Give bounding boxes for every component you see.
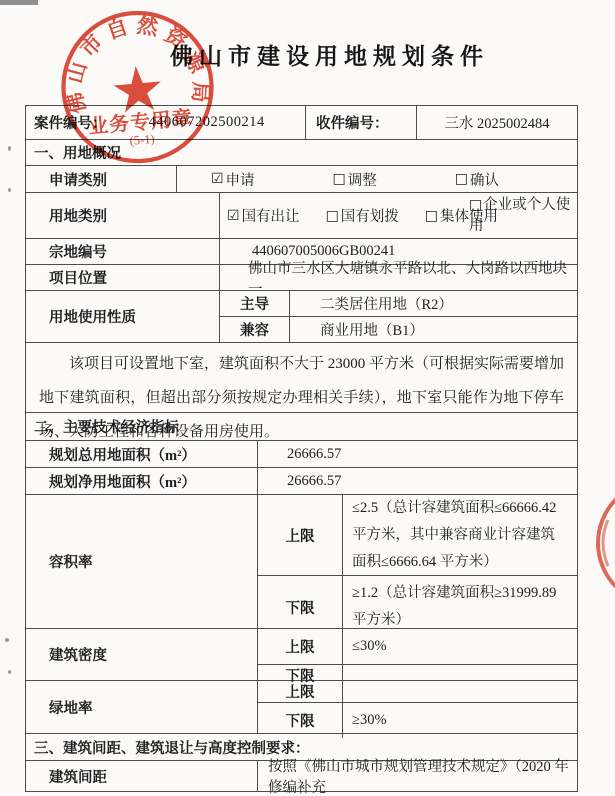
table-row-apply-type: 申请类别 ☑ 申请 □ 调整 □ 确认 xyxy=(26,166,577,193)
green-lower-value: ≥30% xyxy=(343,703,577,738)
density-subtable: 上限 ≤30% 下限 xyxy=(257,629,577,680)
scan-edge-artifact xyxy=(0,0,38,5)
green-upper-label: 上限 xyxy=(258,681,343,702)
basement-note: 该项目可设置地下室，建筑面积不大于 23000 平方米（可根据实际需要增加地下建… xyxy=(26,343,577,412)
land-usage-subtable: 主导 二类居住用地（R2） 兼容 商业用地（B1） xyxy=(219,291,577,342)
table-row-density: 建筑密度 上限 ≤30% 下限 xyxy=(26,629,577,681)
compatible-value: 商业用地（B1） xyxy=(290,317,577,342)
checkbox-option: □ 确认 xyxy=(455,169,499,190)
table-row-total-area: 规划总用地面积（m²） 26666.57 xyxy=(26,441,577,468)
section1-title: 一、用地概况 xyxy=(26,140,577,165)
compatible-key: 兼容 xyxy=(220,317,290,342)
parcel-number-label: 宗地编号 xyxy=(26,239,219,264)
partial-seal-inner-arc xyxy=(603,520,608,566)
table-row-land-usage: 用地使用性质 主导 二类居住用地（R2） 兼容 商业用地（B1） xyxy=(26,291,577,343)
table-row-basement-note: 该项目可设置地下室，建筑面积不大于 23000 平方米（可根据实际需要增加地下建… xyxy=(26,343,577,413)
checkbox-unchecked-icon: □ xyxy=(455,171,468,187)
green-lower-label: 下限 xyxy=(258,703,343,738)
checkbox-checked-icon: ☑ xyxy=(227,208,240,224)
receipt-number-label: 收件编号： xyxy=(305,106,416,139)
primary-key: 主导 xyxy=(220,291,290,316)
checkbox-label: 确认 xyxy=(470,169,499,190)
checkbox-unchecked-icon: □ xyxy=(333,171,346,187)
land-type-label: 用地类别 xyxy=(26,193,219,238)
primary-value: 二类居住用地（R2） xyxy=(290,291,577,316)
far-upper-label: 上限 xyxy=(258,495,343,575)
far-upper-row: 上限 ≤2.5（总计容建筑面积≤66666.42 平方米，其中兼容商业计容建筑面… xyxy=(258,495,577,576)
table-row-land-type: 用地类别 ☑ 国有出让 □ 国有划拨 □ 集体使用 □企业或个人使用 xyxy=(26,193,577,239)
net-area-label: 规划净用地面积（m²） xyxy=(26,468,257,494)
checkbox-option: □ 国有划拨 xyxy=(326,205,399,226)
table-row-case-numbers: 案件编号： 440607202500214 收件编号： 三水 202500248… xyxy=(26,106,577,140)
green-lower-row: 下限 ≥30% xyxy=(258,703,577,738)
checkbox-unchecked-icon: □ xyxy=(469,197,482,213)
table-row-net-area: 规划净用地面积（m²） 26666.57 xyxy=(26,468,577,495)
table-row-section1: 一、用地概况 xyxy=(26,140,577,166)
checkbox-option: □ 调整 xyxy=(333,169,377,190)
case-number-cell: 案件编号： 440607202500214 xyxy=(26,106,305,139)
project-location-value: 佛山市三水区大塘镇永平路以北、大岗路以西地块一 xyxy=(219,265,577,290)
green-subtable: 上限 下限 ≥30% xyxy=(257,681,577,733)
scan-speck xyxy=(8,146,11,151)
checkbox-label: 国有划拨 xyxy=(341,205,399,226)
building-spacing-label: 建筑间距 xyxy=(26,761,257,791)
apply-type-label: 申请类别 xyxy=(26,166,176,192)
checkbox-checked-icon: ☑ xyxy=(211,171,224,187)
green-ratio-label: 绿地率 xyxy=(26,681,257,733)
checkbox-label: 国有出让 xyxy=(242,205,300,226)
case-number-value: 440607202500214 xyxy=(149,114,265,131)
table-row-green-ratio: 绿地率 上限 下限 ≥30% xyxy=(26,681,577,734)
building-spacing-value: 按照《佛山市城市规划管理技术规定》（2020 年修编补充 xyxy=(257,761,577,791)
land-usage-compatible-row: 兼容 商业用地（B1） xyxy=(220,317,577,342)
scan-speck xyxy=(8,670,11,674)
land-type-options: ☑ 国有出让 □ 国有划拨 □ 集体使用 □企业或个人使用 xyxy=(219,193,577,238)
far-subtable: 上限 ≤2.5（总计容建筑面积≤66666.42 平方米，其中兼容商业计容建筑面… xyxy=(257,495,577,628)
page-title: 佛山市建设用地规划条件 xyxy=(0,38,615,71)
density-label: 建筑密度 xyxy=(26,629,257,680)
green-upper-value xyxy=(343,681,577,702)
table-row-section2: 二、主要技术经济指标 xyxy=(26,413,577,441)
project-location-label: 项目位置 xyxy=(26,265,219,290)
scan-speck xyxy=(8,188,11,192)
green-upper-row: 上限 xyxy=(258,681,577,703)
checkbox-label: 申请 xyxy=(226,169,255,190)
table-row-project-location: 项目位置 佛山市三水区大塘镇永平路以北、大岗路以西地块一 xyxy=(26,265,577,291)
checkbox-unchecked-icon: □ xyxy=(425,208,438,224)
net-area-value: 26666.57 xyxy=(257,468,577,494)
land-usage-label: 用地使用性质 xyxy=(26,291,219,342)
checkbox-label: 企业或个人使用 xyxy=(469,197,570,234)
density-upper-row: 上限 ≤30% xyxy=(258,629,577,665)
partial-seal-right xyxy=(584,492,615,594)
far-upper-value: ≤2.5（总计容建筑面积≤66666.42 平方米，其中兼容商业计容建筑面积≤6… xyxy=(343,495,577,575)
total-area-value: 26666.57 xyxy=(257,441,577,467)
case-number-label: 案件编号： xyxy=(34,112,107,133)
planning-conditions-table: 案件编号： 440607202500214 收件编号： 三水 202500248… xyxy=(25,105,578,792)
checkbox-option: ☑ 国有出让 xyxy=(227,205,300,226)
scanned-document-page: 佛山市建设用地规划条件 案件编号： 440607202500214 收件编号： … xyxy=(0,0,615,796)
land-usage-primary-row: 主导 二类居住用地（R2） xyxy=(220,291,577,317)
table-row-building-spacing: 建筑间距 按照《佛山市城市规划管理技术规定》（2020 年修编补充 xyxy=(26,761,577,791)
checkbox-unchecked-icon: □ xyxy=(326,208,339,224)
checkbox-option: □企业或个人使用 xyxy=(469,195,573,237)
density-upper-label: 上限 xyxy=(258,629,343,664)
density-upper-value: ≤30% xyxy=(343,629,577,664)
table-row-far: 容积率 上限 ≤2.5（总计容建筑面积≤66666.42 平方米，其中兼容商业计… xyxy=(26,495,577,629)
checkbox-option: ☑ 申请 xyxy=(211,169,255,190)
partial-seal-arc xyxy=(598,492,615,594)
checkbox-label: 调整 xyxy=(348,169,377,190)
receipt-number-value: 三水 2025002484 xyxy=(416,106,577,139)
section2-title: 二、主要技术经济指标 xyxy=(26,413,577,440)
total-area-label: 规划总用地面积（m²） xyxy=(26,441,257,467)
scan-speck xyxy=(5,638,9,642)
far-label: 容积率 xyxy=(26,495,257,628)
apply-type-options: ☑ 申请 □ 调整 □ 确认 xyxy=(176,166,577,192)
